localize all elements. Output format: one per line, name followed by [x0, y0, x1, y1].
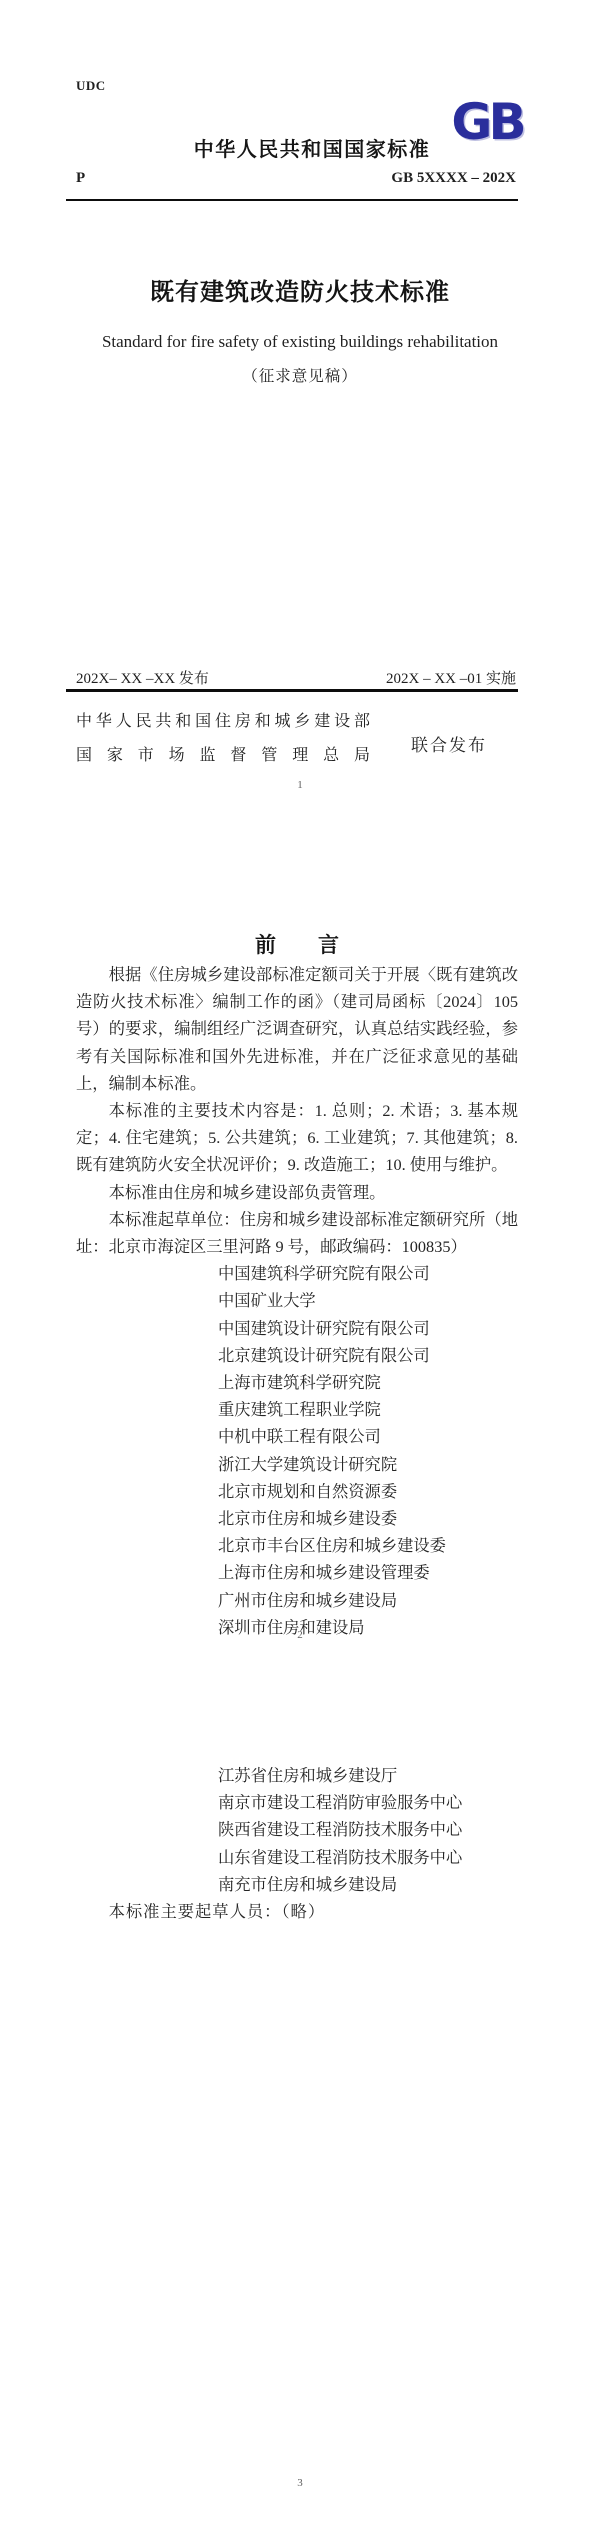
drafting-organization: 中国建筑科学研究院有限公司: [218, 1260, 518, 1287]
drafting-organization: 浙江大学建筑设计研究院: [218, 1451, 518, 1478]
standard-number-row: P GB 5XXXX – 202X: [76, 170, 516, 187]
gb-logo-icon: GB: [438, 92, 536, 152]
drafting-organization: 山东省建设工程消防技术服务中心: [218, 1844, 518, 1871]
page-number-1: 1: [0, 779, 600, 791]
standard-title-en: Standard for fire safety of existing bui…: [0, 332, 600, 352]
drafting-organization: 中国矿业大学: [218, 1287, 518, 1314]
drafting-organization: 中机中联工程有限公司: [218, 1423, 518, 1450]
footer-rule: [66, 689, 518, 692]
p-classification-label: P: [76, 170, 85, 187]
foreword-body: 根据《住房城乡建设部标准定额司关于开展〈既有建筑改造防火技术标准〉编制工作的函》…: [76, 961, 518, 1641]
drafting-organization: 北京建筑设计研究院有限公司: [218, 1342, 518, 1369]
drafting-organization: 上海市建筑科学研究院: [218, 1369, 518, 1396]
drafters-line: 本标准主要起草人员：（略）: [76, 1898, 518, 1925]
udc-label: UDC: [76, 78, 106, 94]
drafting-organization: 北京市住房和城乡建设委: [218, 1505, 518, 1532]
drafting-organization: 江苏省住房和城乡建设厅: [218, 1762, 518, 1789]
issue-date: 202X– XX –XX 发布: [76, 667, 209, 688]
draft-stage-note: （征求意见稿）: [0, 364, 600, 386]
standard-number: GB 5XXXX – 202X: [391, 170, 516, 187]
drafting-organization: 南充市住房和城乡建设局: [218, 1871, 518, 1898]
publisher-block: 中华人民共和国住房和城乡建设部 国家市场监督管理总局: [76, 711, 370, 767]
foreword-paragraph: 本标准起草单位：住房和城乡建设部标准定额研究所（地址：北京市海淀区三里河路 9 …: [76, 1206, 518, 1260]
publisher-line-mohurd: 中华人民共和国住房和城乡建设部: [76, 711, 370, 733]
header-rule: [66, 199, 518, 201]
drafting-organization: 北京市丰台区住房和城乡建设委: [218, 1532, 518, 1559]
foreword-paragraph: 本标准由住房和城乡建设部负责管理。: [76, 1179, 518, 1206]
drafting-organizations-list-continued: 江苏省住房和城乡建设厅南京市建设工程消防审验服务中心陕西省建设工程消防技术服务中…: [218, 1762, 518, 1898]
drafting-organization: 重庆建筑工程职业学院: [218, 1396, 518, 1423]
joint-publish-label: 联合发布: [411, 731, 487, 756]
page-number-2: 2: [0, 1629, 600, 1641]
publisher-line-samr: 国家市场监督管理总局: [76, 745, 370, 767]
drafting-organization: 广州市住房和城乡建设局: [218, 1587, 518, 1614]
foreword-title: 前 言: [76, 929, 518, 959]
page-number-3: 3: [0, 2477, 600, 2489]
foreword-continued: 江苏省住房和城乡建设厅南京市建设工程消防审验服务中心陕西省建设工程消防技术服务中…: [76, 1762, 518, 1925]
implementation-date: 202X – XX –01 实施: [386, 667, 516, 688]
drafting-organization: 上海市住房和城乡建设管理委: [218, 1559, 518, 1586]
drafting-organization: 北京市规划和自然资源委: [218, 1478, 518, 1505]
standard-document: { "page1": { "udc_label": "UDC", "p_labe…: [0, 0, 600, 2546]
drafting-organization: 陕西省建设工程消防技术服务中心: [218, 1816, 518, 1843]
foreword-paragraph: 本标准的主要技术内容是：1. 总则；2. 术语；3. 基本规定；4. 住宅建筑；…: [76, 1097, 518, 1179]
foreword-paragraphs: 根据《住房城乡建设部标准定额司关于开展〈既有建筑改造防火技术标准〉编制工作的函》…: [76, 961, 518, 1260]
foreword-paragraph: 根据《住房城乡建设部标准定额司关于开展〈既有建筑改造防火技术标准〉编制工作的函》…: [76, 961, 518, 1097]
standard-title-cn: 既有建筑改造防火技术标准: [0, 272, 600, 307]
dates-row: 202X– XX –XX 发布 202X – XX –01 实施: [76, 667, 516, 688]
drafting-organization: 南京市建设工程消防审验服务中心: [218, 1789, 518, 1816]
drafting-organization: 中国建筑设计研究院有限公司: [218, 1315, 518, 1342]
drafting-organizations-list: 中国建筑科学研究院有限公司中国矿业大学中国建筑设计研究院有限公司北京建筑设计研究…: [218, 1260, 518, 1641]
